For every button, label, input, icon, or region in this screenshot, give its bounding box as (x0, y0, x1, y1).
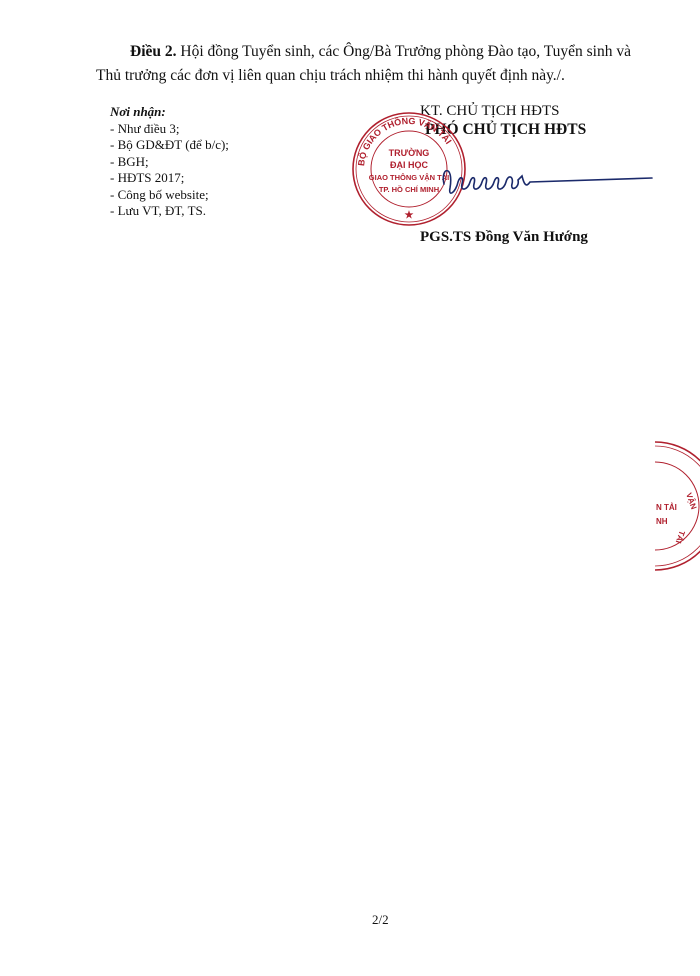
page-number: 2/2 (372, 912, 389, 928)
recipient-item: - Công bố website; (110, 187, 229, 204)
recipients-title: Nơi nhận: (110, 104, 229, 121)
svg-text:VẬN: VẬN (684, 492, 698, 511)
article-2-line1: Điều 2. Hội đồng Tuyển sinh, các Ông/Bà … (96, 40, 656, 64)
svg-text:BỘ GIAO THÔNG VẬN TẢI: BỘ GIAO THÔNG VẬN TẢI (356, 116, 453, 167)
article-2: Điều 2. Hội đồng Tuyển sinh, các Ông/Bà … (96, 40, 656, 88)
recipients-list: Nơi nhận: - Như điều 3; - Bộ GD&ĐT (để b… (110, 104, 229, 220)
svg-text:NH: NH (656, 517, 668, 526)
svg-text:GIAO THÔNG VẬN TẢI: GIAO THÔNG VẬN TẢI (369, 173, 449, 182)
svg-text:TẢI: TẢI (674, 529, 687, 544)
svg-text:★: ★ (405, 210, 414, 221)
article-2-line2: Thủ trưởng các đơn vị liên quan chịu trá… (96, 64, 656, 88)
svg-text:N TẢI: N TẢI (656, 503, 677, 512)
svg-text:ĐẠI HỌC: ĐẠI HỌC (390, 160, 429, 170)
recipient-item: - BGH; (110, 154, 229, 171)
signature-icon (440, 162, 660, 202)
signer-name: PGS.TS Đồng Văn Hướng (420, 229, 588, 246)
article-label: Điều 2. (130, 43, 177, 60)
recipient-item: - Bộ GD&ĐT (để b/c); (110, 137, 229, 154)
seal-fragment-icon: VẬN N TẢI NH TẢI (600, 430, 700, 580)
svg-text:TP. HỒ CHÍ MINH: TP. HỒ CHÍ MINH (379, 184, 439, 194)
recipient-item: - Như điều 3; (110, 121, 229, 138)
article-text-1: Hội đồng Tuyển sinh, các Ông/Bà Trưởng p… (177, 43, 632, 60)
recipient-item: - HĐTS 2017; (110, 170, 229, 187)
recipient-item: - Lưu VT, ĐT, TS. (110, 203, 229, 220)
svg-text:TRƯỜNG: TRƯỜNG (389, 147, 430, 158)
